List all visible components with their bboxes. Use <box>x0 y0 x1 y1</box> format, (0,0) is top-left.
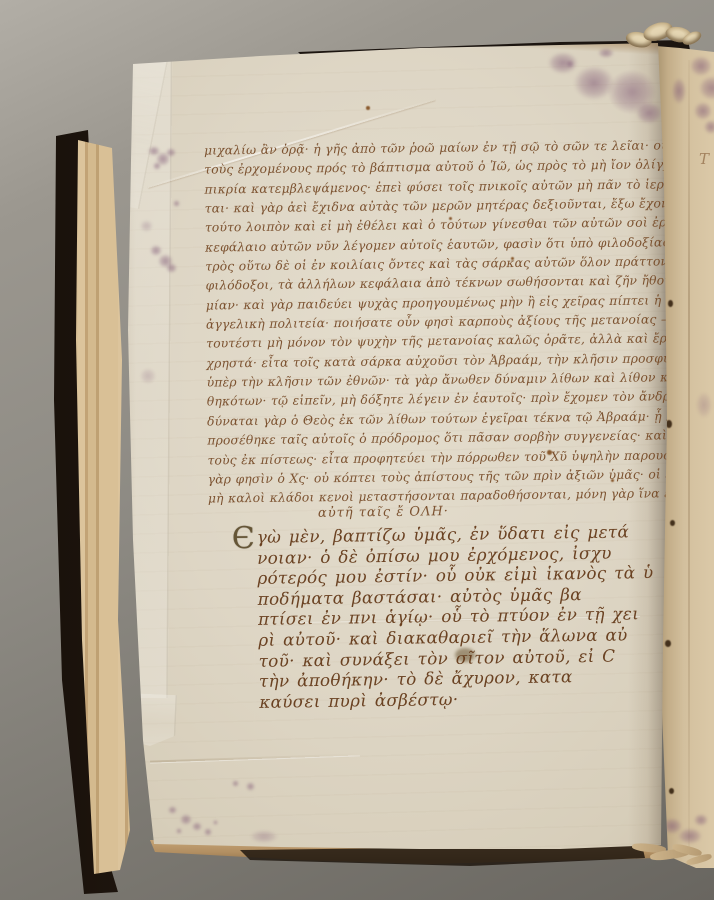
wine-stain <box>166 148 176 157</box>
wine-stain <box>246 782 255 791</box>
endband-cord <box>618 14 702 68</box>
gutter-speck <box>669 788 674 794</box>
facing-page-crease <box>688 60 690 850</box>
wine-stain <box>694 102 712 120</box>
gutter-speck <box>668 300 673 307</box>
frayed-thread <box>628 838 714 878</box>
gutter-speck <box>665 640 671 647</box>
wine-stain <box>250 830 278 843</box>
wine-stain <box>168 806 177 814</box>
wine-stain <box>672 78 686 104</box>
decorated-initial: Є <box>232 524 256 554</box>
wine-stain <box>636 102 662 124</box>
wine-stain <box>192 822 202 831</box>
wine-stain <box>232 780 239 787</box>
wine-stain <box>140 220 153 232</box>
wine-stain <box>696 392 712 418</box>
gutter-speck <box>670 520 675 526</box>
wine-stain <box>173 200 180 207</box>
wine-stain <box>694 814 708 826</box>
rubric-line: αὐτῆ ταῖς ἔ ΟΛΗ· <box>318 504 449 521</box>
wine-stain <box>176 828 182 834</box>
ink-freckle <box>366 106 370 110</box>
wine-stain <box>699 76 714 100</box>
gospel-text-block: Є γὼ μὲν, βαπτίζω ὑμᾶς, ἐν ὕδατι εἰς μετ… <box>257 521 650 712</box>
wine-stain <box>153 162 161 170</box>
wine-stain <box>180 814 192 825</box>
bleedthrough-mark: T <box>699 150 709 168</box>
commentary-text-block: μιχαλίω ἂν ὁρᾷ· ἡ γῆς ἀπὸ τῶν ῥοῶ μαίων … <box>204 136 660 509</box>
wine-stain <box>566 60 574 68</box>
wine-stain <box>140 368 156 384</box>
wine-stain <box>704 120 714 134</box>
wine-stain <box>598 48 614 58</box>
photograph-background: T <box>0 0 714 900</box>
wine-stain <box>213 820 218 825</box>
wine-stain <box>166 263 177 273</box>
wine-stain <box>204 828 212 836</box>
